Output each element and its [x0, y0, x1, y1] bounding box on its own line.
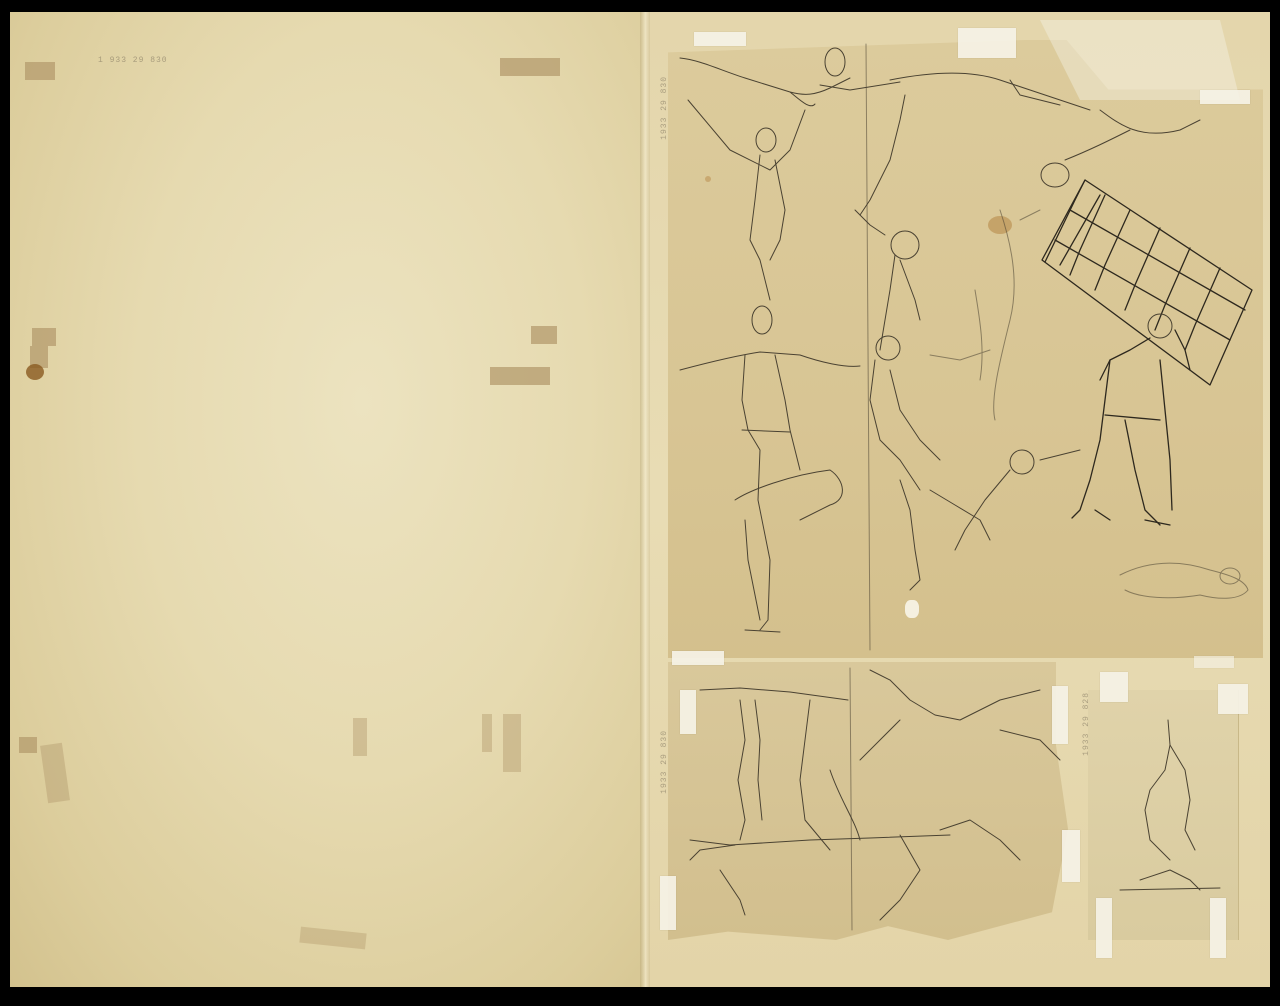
large-sketch-sheet	[668, 40, 1263, 658]
sketch-inventory-stamp: 1933 29 830	[660, 730, 669, 794]
tape-remnant	[490, 367, 550, 385]
tape-piece	[1218, 684, 1248, 714]
stain	[988, 216, 1012, 234]
tape-remnant	[25, 62, 55, 80]
tape-remnant	[503, 714, 521, 772]
tape-piece	[958, 28, 1016, 58]
sketch-inventory-stamp: 1933 29 828	[1082, 692, 1091, 756]
tape-remnant	[19, 737, 37, 753]
tape-piece	[660, 876, 676, 930]
sketch-inventory-stamp: 1933 29 830	[660, 76, 669, 140]
tape-remnant	[482, 714, 492, 752]
tape-piece	[1100, 672, 1128, 702]
center-fold	[640, 12, 650, 987]
stain	[26, 364, 44, 380]
tape-remnant	[500, 58, 560, 76]
tape-piece	[672, 651, 724, 665]
tape-piece	[694, 32, 746, 46]
tape-piece	[1194, 656, 1234, 668]
tape-remnant	[531, 326, 557, 344]
tape-remnant	[353, 718, 367, 756]
lower-sketch-sheet	[668, 662, 1068, 940]
tape-piece	[680, 690, 696, 734]
tape-remnant	[32, 328, 56, 346]
paper-tear	[905, 600, 919, 618]
tape-piece	[1210, 898, 1226, 958]
tape-piece	[1096, 898, 1112, 958]
tape-piece	[1052, 686, 1068, 744]
tape-piece	[1062, 830, 1080, 882]
stain	[705, 176, 711, 182]
inventory-stamp: 1 933 29 830	[98, 56, 168, 65]
left-mount-sheet	[10, 12, 651, 987]
